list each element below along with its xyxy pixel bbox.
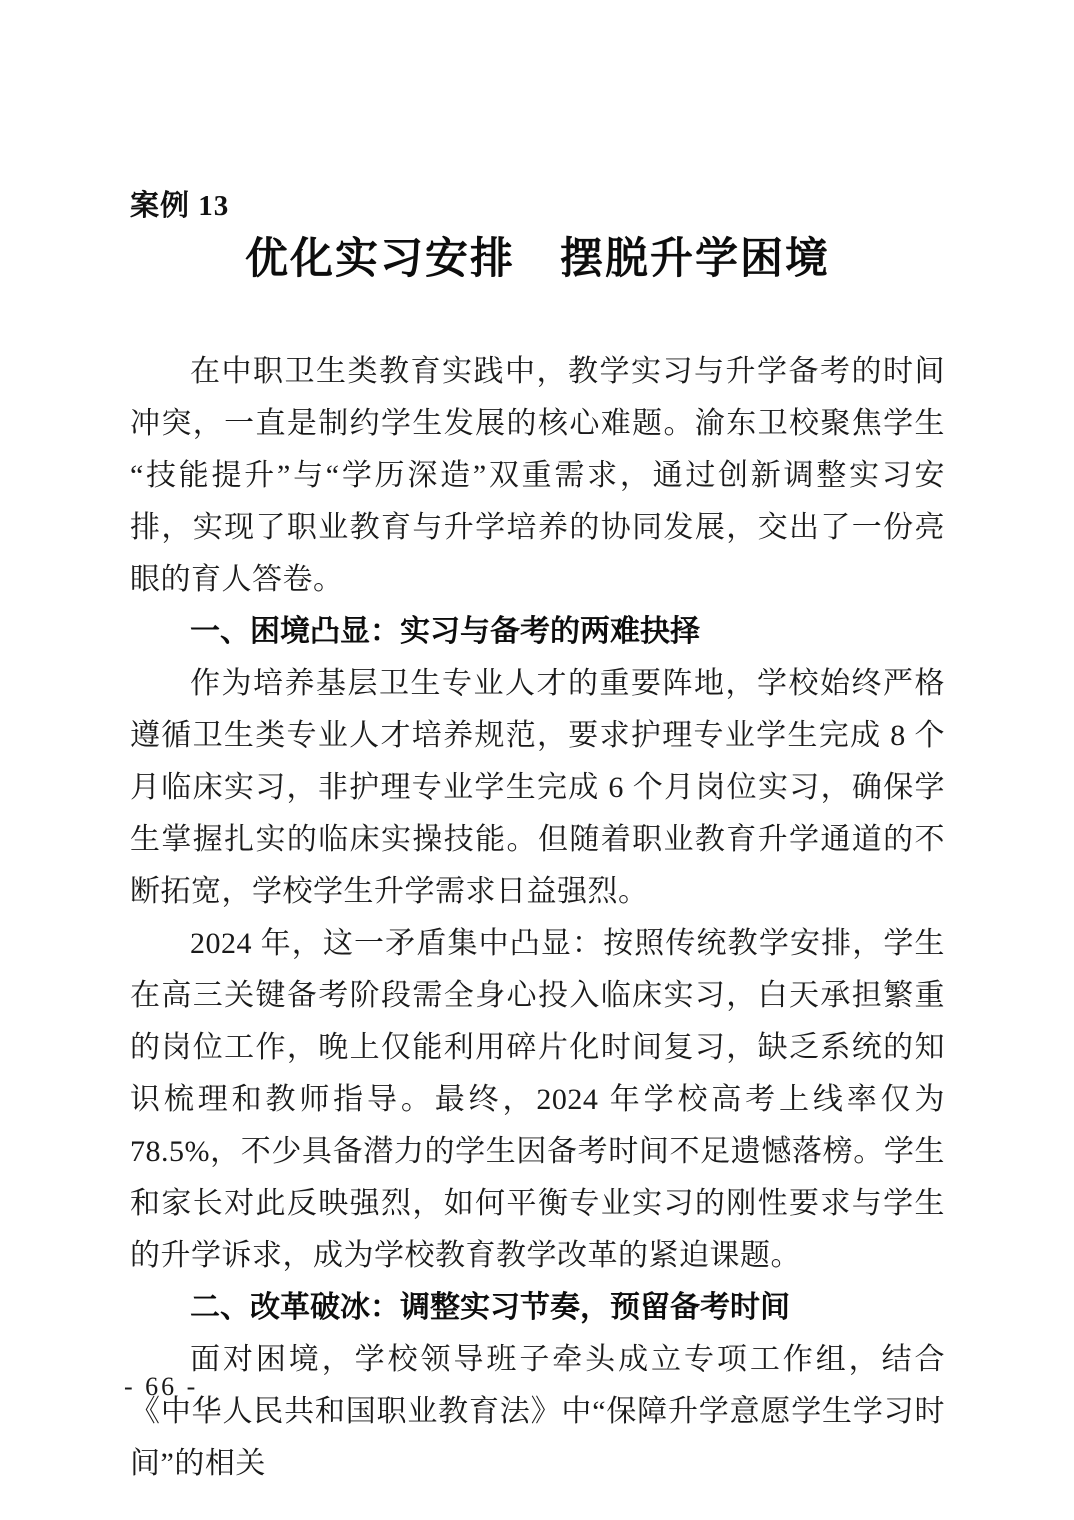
case-label: 案例 13 <box>130 188 945 224</box>
page-number: - 66 - <box>124 1372 198 1402</box>
document-body: 在中职卫生类教育实践中，教学实习与升学备考的时间冲突，一直是制约学生发展的核心难… <box>130 346 945 1490</box>
body-paragraph: 2024 年，这一矛盾集中凸显：按照传统教学安排，学生在高三关键备考阶段需全身心… <box>130 918 945 1282</box>
body-paragraph: 作为培养基层卫生专业人才的重要阵地，学校始终严格遵循卫生类专业人才培养规范，要求… <box>130 658 945 918</box>
section-heading: 二、改革破冰：调整实习节奏，预留备考时间 <box>130 1282 945 1334</box>
section-heading: 一、困境凸显：实习与备考的两难抉择 <box>130 606 945 658</box>
body-paragraph: 面对困境，学校领导班子牵头成立专项工作组，结合《中华人民共和国职业教育法》中“保… <box>130 1334 945 1490</box>
document-title: 优化实习安排 摆脱升学困境 <box>130 228 945 292</box>
body-paragraph: 在中职卫生类教育实践中，教学实习与升学备考的时间冲突，一直是制约学生发展的核心难… <box>130 346 945 606</box>
document-page: 案例 13 优化实习安排 摆脱升学困境 在中职卫生类教育实践中，教学实习与升学备… <box>0 0 1074 1520</box>
